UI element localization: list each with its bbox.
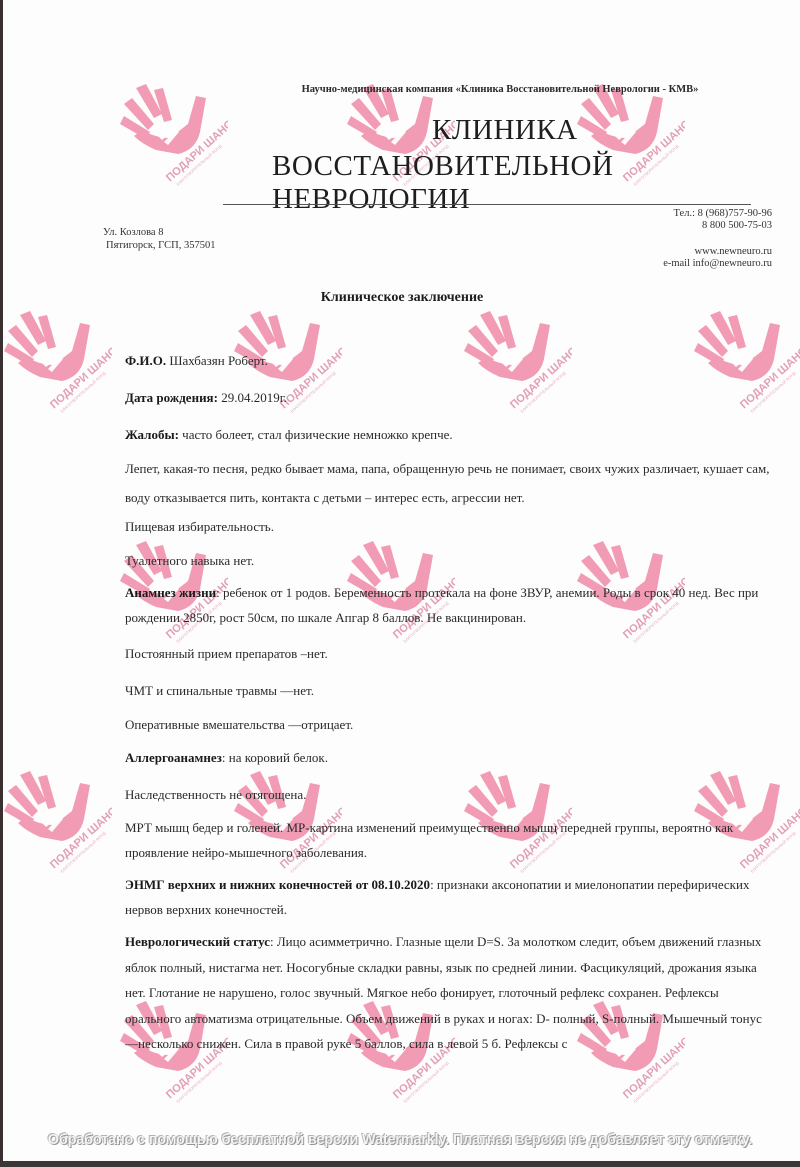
svg-text:БЛАГОТВОРИТЕЛЬНЫЙ ФОНД: БЛАГОТВОРИТЕЛЬНЫЙ ФОНД — [175, 143, 223, 186]
svg-text:БЛАГОТВОРИТЕЛЬНЫЙ ФОНД: БЛАГОТВОРИТЕЛЬНЫЙ ФОНД — [402, 1060, 450, 1103]
field-complaints: Жалобы: часто болеет, стал физические не… — [125, 422, 775, 449]
website-link[interactable]: www.newneuro.ru — [663, 246, 772, 258]
address-street: Ул. Козлова 8 — [103, 226, 215, 239]
paragraph-trauma: ЧМТ и спинальные травмы —нет. — [125, 678, 775, 705]
paragraph-speech: Лепет, какая-то песня, редко бывает мама… — [125, 454, 775, 512]
paragraph-enmg: ЭНМГ верхних и нижних конечностей от 08.… — [125, 872, 775, 922]
clinic-contacts: Тел.: 8 (968)757-90-96 8 800 500-75-03 w… — [663, 208, 772, 270]
enmg-label: ЭНМГ верхних и нижних конечностей от 08.… — [125, 877, 430, 892]
fio-label: Ф.И.О. — [125, 353, 166, 368]
paragraph-allergy: Аллергоанамнез: на коровий белок. — [125, 745, 775, 772]
scan-edge — [0, 0, 3, 1167]
allergy-label: Аллергоанамнез — [125, 750, 222, 765]
paragraph-food: Пищевая избирательность. — [125, 514, 775, 541]
phone-primary: Тел.: 8 (968)757-90-96 — [663, 208, 772, 220]
paragraph-neuro-status: Неврологический статус: Лицо асимметричн… — [125, 929, 775, 1057]
header-divider — [223, 204, 751, 205]
phone-secondary: 8 800 500-75-03 — [663, 220, 772, 232]
allergy-value: : на коровий белок. — [222, 750, 328, 765]
dob-value: 29.04.2019г. — [218, 390, 287, 405]
fio-value: Шахбазян Роберт. — [166, 353, 268, 368]
svg-text:БЛАГОТВОРИТЕЛЬНЫЙ ФОНД: БЛАГОТВОРИТЕЛЬНЫЙ ФОНД — [632, 1060, 680, 1103]
clinic-address: Ул. Козлова 8 Пятигорск, ГСП, 357501 — [103, 226, 215, 252]
hand-logo-icon: ПОДАРИ ШАНС БЛАГОТВОРИТЕЛЬНЫЙ ФОНД — [2, 305, 112, 415]
company-line: Научно-медицинская компания «Клиника Вос… — [0, 84, 800, 95]
svg-text:БЛАГОТВОРИТЕЛЬНЫЙ ФОНД: БЛАГОТВОРИТЕЛЬНЫЙ ФОНД — [175, 1060, 223, 1103]
paragraph-medications: Постоянный прием препаратов –нет. — [125, 641, 775, 668]
paragraph-mri: МРТ мышц бедер и голеней. МР-картина изм… — [125, 815, 775, 865]
dob-label: Дата рождения: — [125, 390, 218, 405]
svg-text:ПОДАРИ ШАНС: ПОДАРИ ШАНС — [164, 118, 228, 184]
svg-text:БЛАГОТВОРИТЕЛЬНЫЙ ФОНД: БЛАГОТВОРИТЕЛЬНЫЙ ФОНД — [59, 830, 107, 873]
clinic-brand-title: КЛИНИКА — [432, 114, 578, 147]
charity-watermark-logo: ПОДАРИ ШАНС БЛАГОТВОРИТЕЛЬНЫЙ ФОНД — [2, 765, 112, 875]
anamnesis-label: Анамнез жизни — [125, 585, 216, 600]
clinic-brand-subtitle: ВОССТАНОВИТЕЛЬНОЙ НЕВРОЛОГИИ — [272, 150, 800, 216]
scan-edge-bottom — [0, 1161, 800, 1167]
paragraph-heredity: Наследственность не отягощена. — [125, 782, 775, 809]
hand-logo-icon: ПОДАРИ ШАНС БЛАГОТВОРИТЕЛЬНЫЙ ФОНД — [2, 765, 112, 875]
paragraph-anamnesis: Анамнез жизни: ребенок от 1 родов. Берем… — [125, 580, 775, 630]
paragraph-toilet: Туалетного навыка нет. — [125, 548, 775, 575]
complaints-value: часто болеет, стал физические немножко к… — [179, 427, 453, 442]
paragraph-surgery: Оперативные вмешательства —отрицает. — [125, 712, 775, 739]
charity-watermark-logo: ПОДАРИ ШАНС БЛАГОТВОРИТЕЛЬНЫЙ ФОНД — [2, 305, 112, 415]
field-fio: Ф.И.О. Шахбазян Роберт. — [125, 348, 775, 375]
watermarkly-footer-text: Обработано с помощью бесплатной версии W… — [0, 1132, 800, 1148]
address-city: Пятигорск, ГСП, 357501 — [103, 239, 215, 252]
svg-text:ПОДАРИ ШАНС: ПОДАРИ ШАНС — [48, 805, 112, 871]
svg-text:ПОДАРИ ШАНС: ПОДАРИ ШАНС — [48, 345, 112, 411]
anamnesis-value: : ребенок от 1 родов. Беременность проте… — [125, 585, 758, 625]
neuro-value: : Лицо асимметрично. Глазные щели D=S. З… — [125, 934, 762, 1051]
field-dob: Дата рождения: 29.04.2019г. — [125, 385, 775, 412]
email-link[interactable]: e-mail info@newneuro.ru — [663, 258, 772, 270]
document-title: Клиническое заключение — [0, 290, 800, 306]
complaints-label: Жалобы: — [125, 427, 179, 442]
svg-text:БЛАГОТВОРИТЕЛЬНЫЙ ФОНД: БЛАГОТВОРИТЕЛЬНЫЙ ФОНД — [59, 370, 107, 413]
neuro-label: Неврологический статус — [125, 934, 270, 949]
